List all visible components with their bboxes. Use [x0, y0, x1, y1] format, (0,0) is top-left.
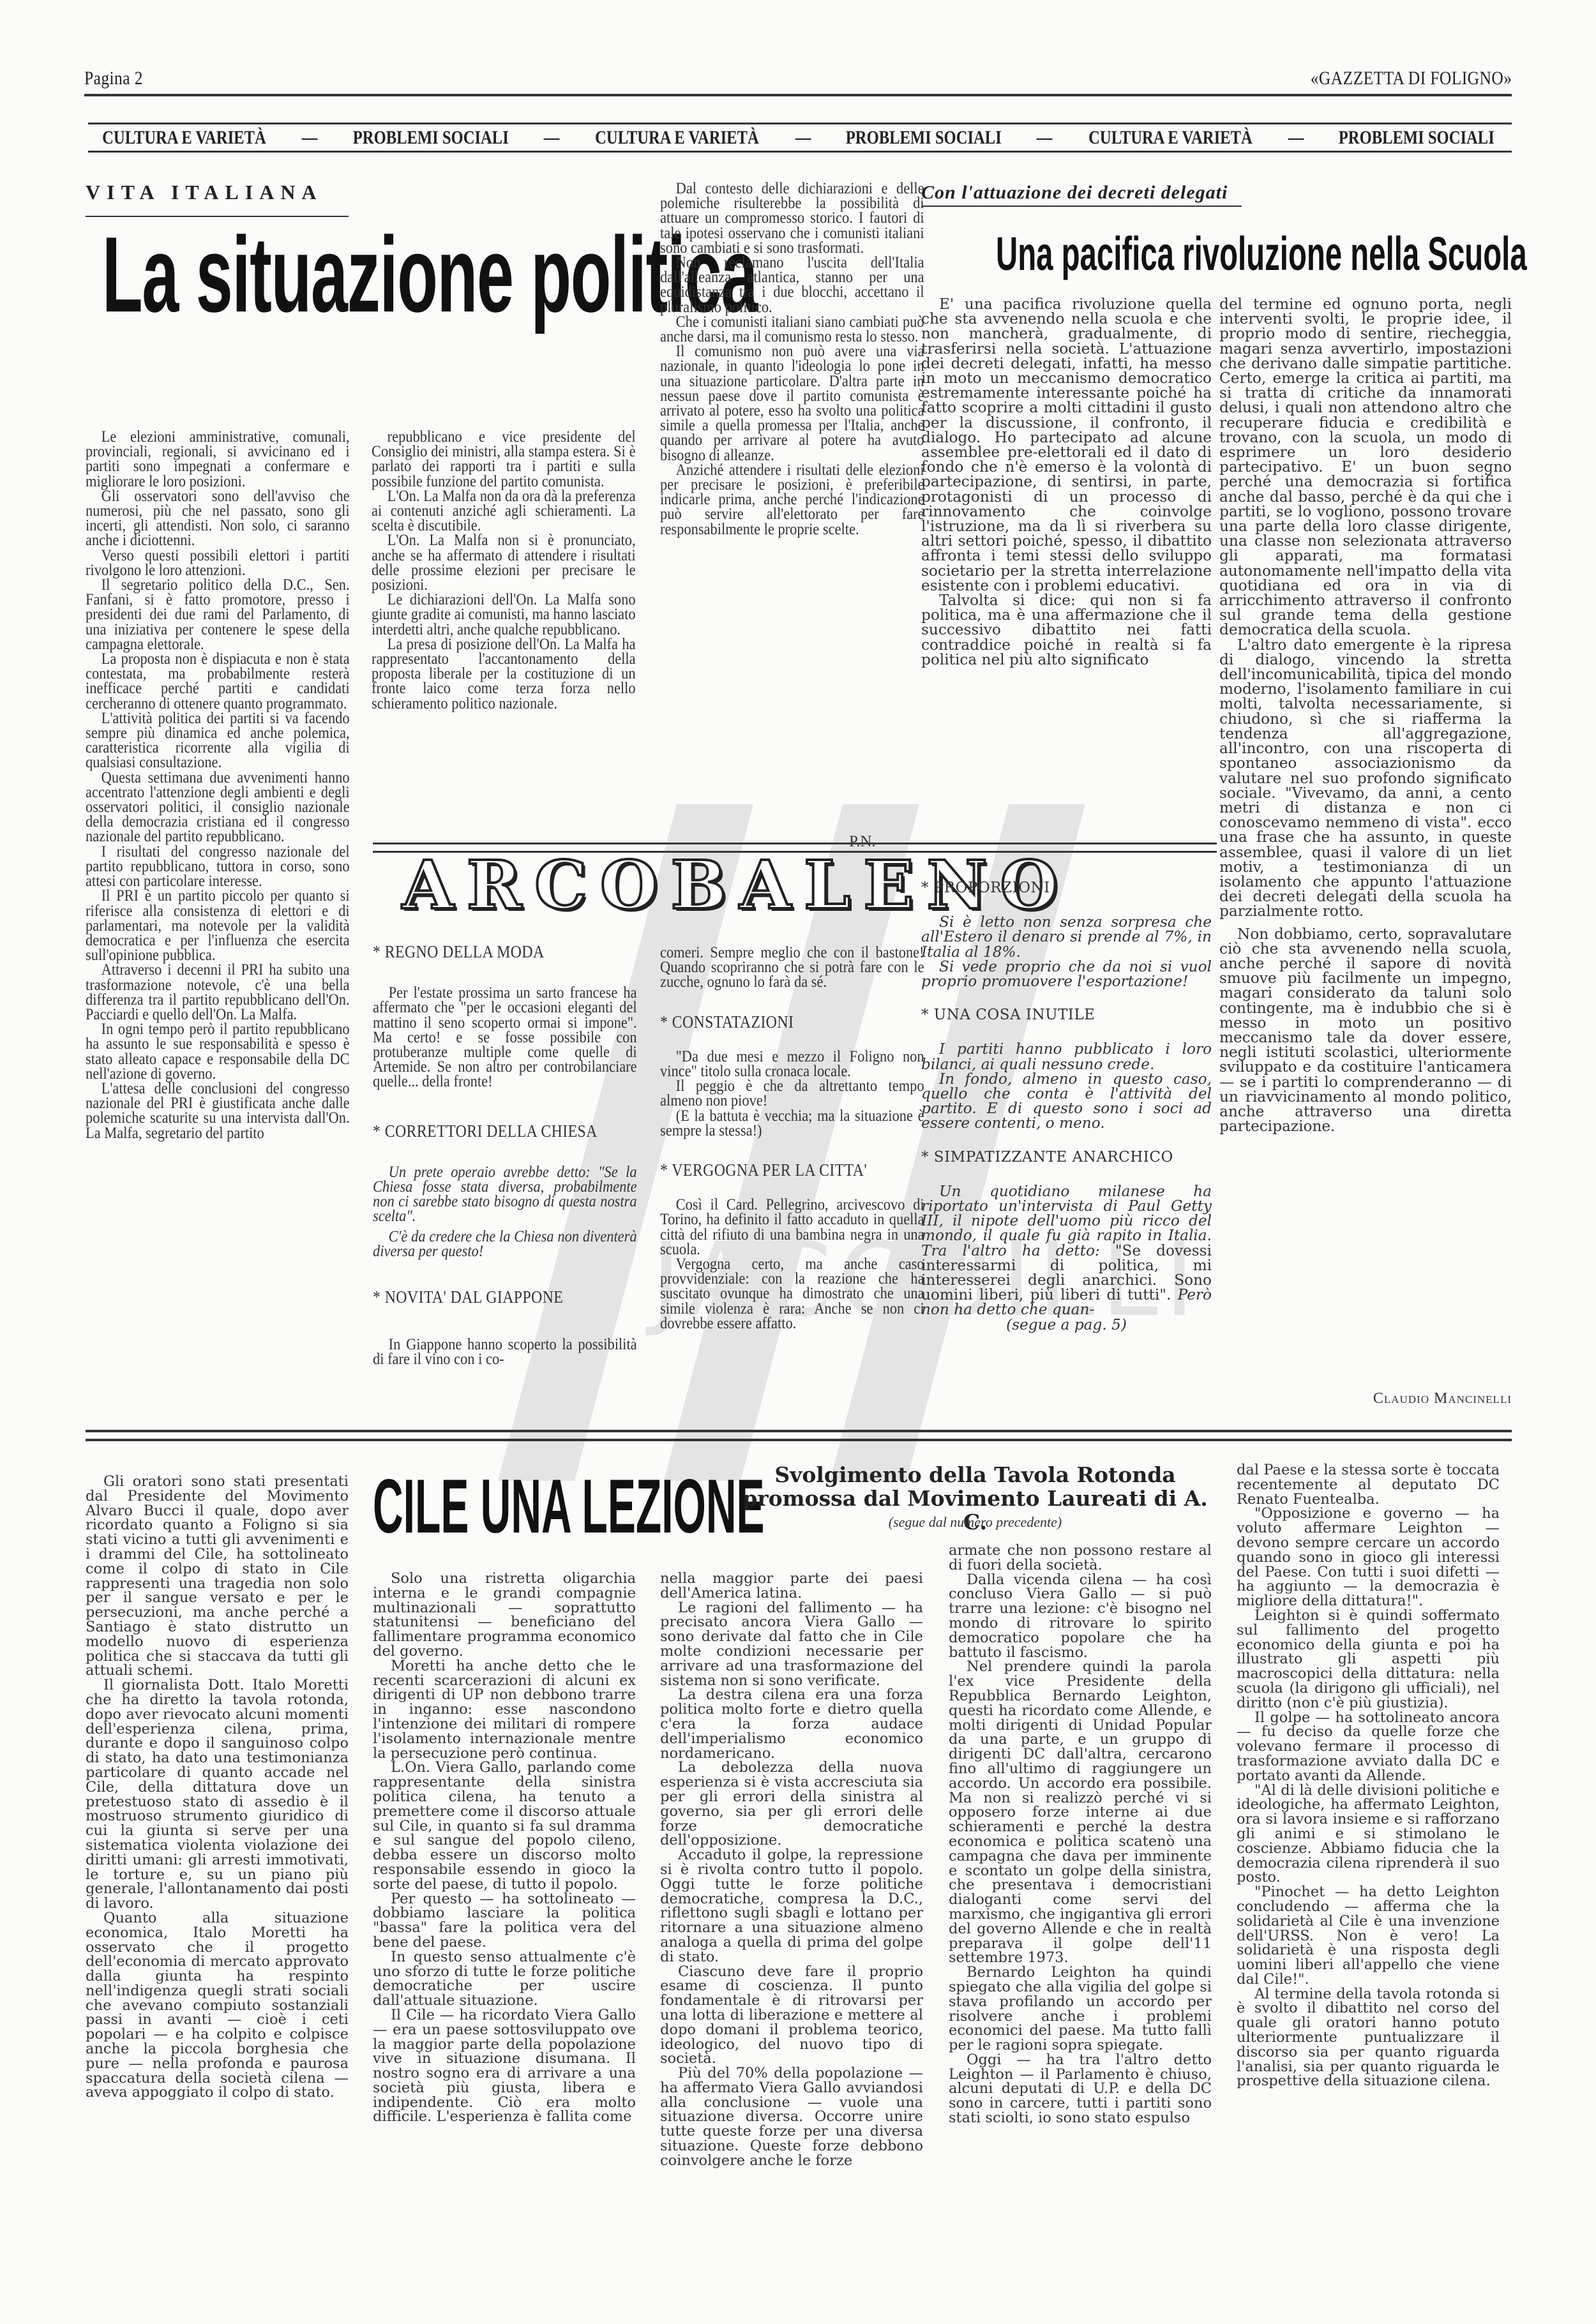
banner-dash: — [1037, 127, 1053, 149]
cile-rule-1 [86, 1430, 1512, 1432]
politica-column-2: repubblicano e vice presidente del Consi… [372, 429, 636, 710]
paragraph: In fondo, almeno in questo caso, quello … [921, 1072, 1212, 1131]
headline-rivoluzione-scuola: Una pacifica rivoluzione nella Scuola [996, 229, 1527, 280]
cile-continued-note: (segue dal numero precedente) [741, 1514, 1210, 1531]
paragraph: Nel prendere quindi la parola l'ex vice … [949, 1660, 1212, 1965]
paragraph: Dal contesto delle dichiarazioni e delle… [660, 181, 924, 255]
paragraph: "Al di là delle divisioni politiche e id… [1237, 1783, 1500, 1885]
kicker-vita-italiana: VITA ITALIANA [86, 181, 323, 204]
banner-text: CULTURA E VARIETÀ [102, 127, 266, 149]
paragraph: Al termine della tavola rotonda si è svo… [1237, 1987, 1500, 2089]
item-heading: * PROPORZIONI [921, 881, 1212, 896]
arcobaleno-column-1: * REGNO DELLA MODA Per l'estate prossima… [373, 945, 637, 1367]
cile-column-3: nella maggior parte dei paesi dell'Ameri… [660, 1571, 923, 2168]
paragraph: Un prete operaio avrebbe detto: "Se la C… [373, 1164, 637, 1224]
paragraph: Non dobbiamo, certo, sopravalutare ciò c… [1219, 927, 1512, 1134]
banner-dash: — [1288, 127, 1304, 149]
paragraph: Moretti ha anche detto che le recenti sc… [373, 1659, 636, 1761]
paragraph: L'On. La Malfa non si è pronunciato, anc… [372, 532, 636, 592]
paragraph: Dalla vicenda cilena — ha così concluso … [949, 1573, 1212, 1660]
paragraph: La presa di posizione dell'On. La Malfa … [372, 636, 636, 710]
paragraph: Il peggio è che da altrettanto tempo alm… [660, 1078, 924, 1107]
banner-text: CULTURA E VARIETÀ [595, 127, 759, 149]
continued-note: (segue a pag. 5) [921, 1317, 1212, 1332]
paragraph: Le elezioni amministrative, comunali, pr… [86, 429, 350, 488]
banner-rule-top [88, 123, 1512, 124]
paragraph: Il golpe — ha sottolineato ancora — fu d… [1237, 1711, 1500, 1783]
paragraph: Gli oratori sono stati presentati dal Pr… [86, 1474, 349, 1678]
banner-text: PROBLEMI SOCIALI [846, 127, 1002, 149]
paragraph: Più del 70% della popolazione — ha affer… [660, 2066, 923, 2168]
banner-dash: — [544, 127, 560, 149]
headline-situazione-politica: La situazione politica [102, 217, 757, 332]
page-number: Pagina 2 [84, 68, 143, 89]
paragraph: Attraverso i decenni il PRI ha subito un… [86, 962, 350, 1021]
paragraph: In questo senso attualmente c'è uno sfor… [373, 1950, 636, 2008]
banner-text: PROBLEMI SOCIALI [353, 127, 509, 149]
paragraph: Questa settimana due avvenimenti hanno a… [86, 770, 350, 844]
paragraph: Il giornalista Dott. Italo Moretti che h… [86, 1678, 349, 1911]
paragraph: Leighton si è quindi soffermato sul fall… [1237, 1608, 1500, 1711]
politica-column-1: Le elezioni amministrative, comunali, pr… [86, 429, 350, 1140]
paragraph: Accaduto il golpe, la repressione si è r… [660, 1848, 923, 1964]
paragraph: I partiti hanno pubblicato i loro bilanc… [921, 1042, 1212, 1071]
paragraph: "Da due mesi e mezzo il Foligno non vinc… [660, 1049, 924, 1078]
paragraph: L'attività politica dei partiti si va fa… [86, 710, 350, 770]
paragraph: In ogni tempo però il partito repubblica… [86, 1021, 350, 1081]
item-heading: * CORRETTORI DELLA CHIESA [373, 1124, 637, 1139]
paragraph: nella maggior parte dei paesi dell'Ameri… [660, 1571, 923, 1601]
paragraph: Non reclamano l'uscita dell'Italia dall'… [660, 255, 924, 314]
item-heading: * SIMPATIZZANTE ANARCHICO [921, 1150, 1212, 1165]
banner-dash: — [302, 127, 318, 149]
paragraph: Per l'estate prossima un sarto francese … [373, 985, 637, 1088]
paragraph: Si è letto non senza sorpresa che all'Es… [921, 915, 1212, 959]
cile-column-1: Gli oratori sono stati presentati dal Pr… [86, 1474, 349, 2100]
paragraph: dal Paese e la stessa sorte è toccata re… [1237, 1463, 1500, 1506]
paragraph: Il Cile — ha ricordato Viera Gallo — era… [373, 2008, 636, 2124]
paragraph: L.On. Viera Gallo, parlando come rappres… [373, 1760, 636, 1891]
paragraph: Verso questi possibili elettori i partit… [86, 548, 350, 577]
paragraph: Vergogna certo, ma anche caso provvidenz… [660, 1256, 924, 1330]
cile-column-2: Solo una ristretta oligarchia interna e … [373, 1571, 636, 2124]
paragraph: L'attesa delle conclusioni del congresso… [86, 1081, 350, 1140]
paragraph: repubblicano e vice presidente del Consi… [372, 429, 636, 488]
paragraph: Il segretario politico della D.C., Sen. … [86, 577, 350, 651]
paragraph: E' una pacifica rivoluzione quella che s… [921, 297, 1212, 593]
item-heading: * UNA COSA INUTILE [921, 1008, 1212, 1023]
paragraph: In Giappone hanno scoperto la possibilit… [373, 1337, 637, 1366]
paragraph: Che i comunisti italiani siano cambiati … [660, 314, 924, 343]
paragraph: Il comunismo non può avere una via nazio… [660, 343, 924, 462]
paragraph: Ciascuno deve fare il proprio esame di c… [660, 1965, 923, 2067]
paragraph: Quanto alla situazione economica, Italo … [86, 1911, 349, 2100]
banner-text: PROBLEMI SOCIALI [1339, 127, 1494, 149]
kicker-underline [921, 206, 1242, 207]
paragraph: La destra cilena era una forza politica … [660, 1688, 923, 1760]
arcobaleno-column-2: comeri. Sempre meglio che con il bastone… [660, 945, 924, 1330]
paragraph: I risultati del congresso nazionale del … [86, 844, 350, 888]
paragraph: Il PRI è un partito piccolo per quanto s… [86, 888, 350, 962]
item-heading: * REGNO DELLA MODA [373, 945, 637, 959]
paragraph: C'è da credere che la Chiesa non divente… [373, 1229, 637, 1258]
signature-mancinelli: Claudio Mancinelli [1226, 1390, 1512, 1407]
paragraph: Talvolta si dice: qui non si fa politica… [921, 593, 1212, 667]
cile-column-4: armate che non possono restare al di fuo… [949, 1543, 1212, 2125]
paragraph: armate che non possono restare al di fuo… [949, 1543, 1212, 1573]
paragraph: La proposta non è dispiacuta e non è sta… [86, 651, 350, 710]
paragraph: Così il Card. Pellegrino, arcivescovo di… [660, 1197, 924, 1256]
scuola-column-1: E' una pacifica rivoluzione quella che s… [921, 297, 1212, 667]
paragraph: Le ragioni del fallimento — ha precisato… [660, 1601, 923, 1688]
paragraph: "Opposizione e governo — ha voluto affer… [1237, 1506, 1500, 1608]
banner-rule-bottom [88, 151, 1512, 153]
paragraph: "Pinochet — ha detto Leighton concludend… [1237, 1885, 1500, 1987]
paragraph: Solo una ristretta oligarchia interna e … [373, 1571, 636, 1659]
paragraph: del termine ed ognuno porta, negli inter… [1219, 297, 1512, 638]
item-heading: * CONSTATAZIONI [660, 1015, 924, 1030]
item-heading: * NOVITA' DAL GIAPPONE [373, 1290, 637, 1305]
arcobaleno-column-3: * PROPORZIONI Si è letto non senza sorpr… [921, 881, 1212, 1332]
header-rule [84, 94, 1512, 96]
kicker-decreti-delegati: Con l'attuazione dei decreti delegati [921, 182, 1228, 204]
section-banner: CULTURA E VARIETÀ — PROBLEMI SOCIALI — C… [84, 125, 1512, 151]
paragraph: Gli osservatori sono dell'avviso che num… [86, 488, 350, 548]
paragraph: L'altro dato emergente è la ripresa di d… [1219, 638, 1512, 919]
paragraph: Oggi — ha tra l'altro detto Leighton — i… [949, 2053, 1212, 2125]
paragraph: Anziché attendere i risultati delle elez… [660, 462, 924, 536]
paragraph: La debolezza della nuova esperienza si è… [660, 1760, 923, 1848]
paragraph: Si vede proprio che da noi si vuol propr… [921, 959, 1212, 989]
scuola-column-2: del termine ed ognuno porta, negli inter… [1219, 297, 1512, 1134]
paragraph: (E la battuta è vecchia; ma la situazion… [660, 1108, 924, 1137]
banner-text: CULTURA E VARIETÀ [1088, 127, 1253, 149]
cile-column-5: dal Paese e la stessa sorte è toccata re… [1237, 1463, 1500, 2088]
masthead: «GAZZETTA DI FOLIGNO» [1310, 68, 1512, 89]
headline-cile-lezione: CILE UNA LEZIONE [373, 1465, 765, 1548]
paragraph: L'On. La Malfa non da ora dà la preferen… [372, 488, 636, 533]
politica-column-3: Dal contesto delle dichiarazioni e delle… [660, 181, 924, 536]
paragraph: Bernardo Leighton ha quindi spiegato che… [949, 1965, 1212, 2053]
item-heading: * VERGOGNA PER LA CITTA' [660, 1163, 924, 1178]
paragraph: Le dichiarazioni dell'On. La Malfa sono … [372, 592, 636, 636]
cile-rule-2 [86, 1439, 1512, 1441]
paragraph: comeri. Sempre meglio che con il bastone… [660, 945, 924, 989]
newspaper-page: Pagina 2 «GAZZETTA DI FOLIGNO» CULTURA E… [0, 0, 1596, 2324]
banner-dash: — [795, 127, 811, 149]
paragraph: Per questo — ha sottolineato — dobbiamo … [373, 1892, 636, 1950]
